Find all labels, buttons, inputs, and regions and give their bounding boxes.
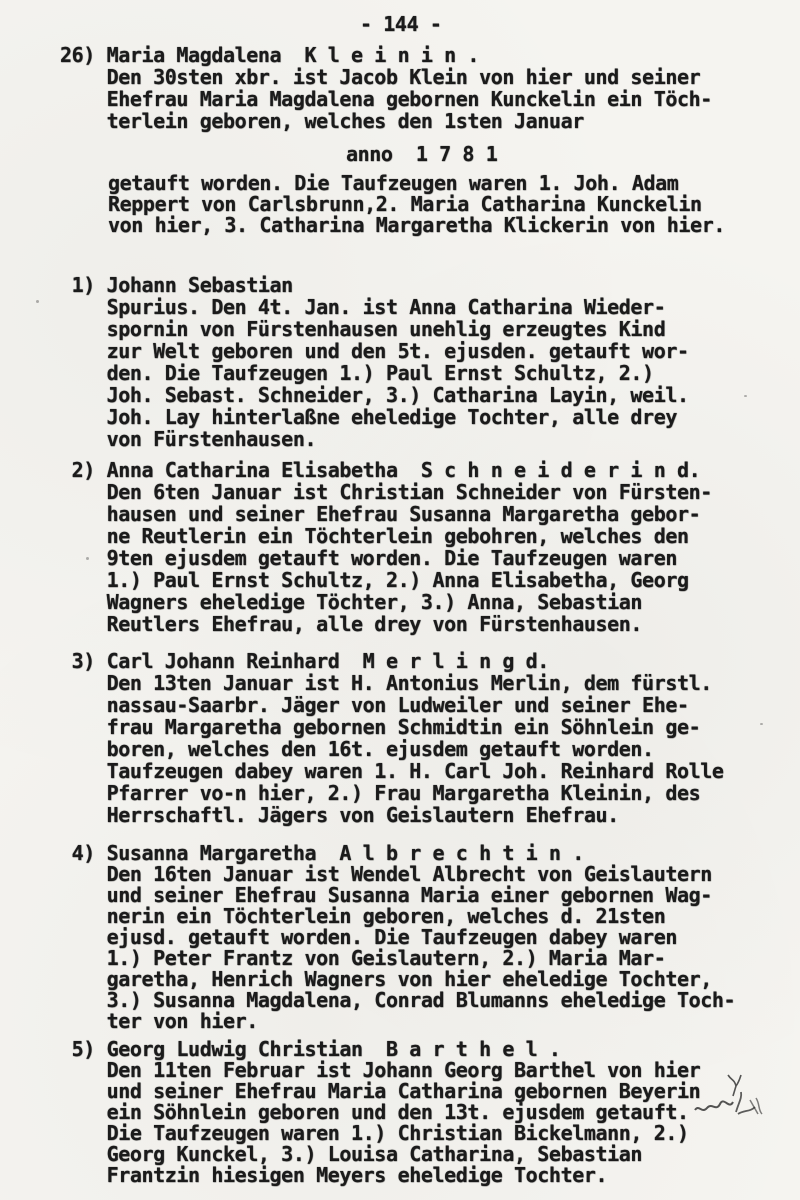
entry-5: 5) Georg Ludwig Christian B a r t h e l … — [60, 1039, 700, 1186]
entry-26: 26) Maria Magdalena K l e i n i n . Den … — [60, 44, 712, 132]
scan-speckle — [36, 300, 39, 303]
entry-26-continuation: getauft worden. Die Taufzeugen waren 1. … — [108, 173, 725, 236]
scan-speckle — [128, 912, 130, 915]
entry-2: 2) Anna Catharina Elisabetha S c h n e i… — [60, 459, 712, 635]
scanned-register-page: - 144 - 26) Maria Magdalena K l e i n i … — [0, 0, 800, 1200]
handwritten-tick-icon — [724, 1072, 744, 1104]
entry-1: 1) Johann Sebastian Spurius. Den 4t. Jan… — [60, 274, 689, 450]
scan-speckle — [744, 395, 747, 397]
scan-speckle — [652, 1000, 655, 1002]
scan-speckle — [86, 557, 89, 560]
anno-1781-heading: anno 1 7 8 1 — [346, 143, 497, 165]
scan-speckle — [760, 723, 763, 725]
page-number: - 144 - — [360, 13, 442, 35]
entry-4: 4) Susanna Margaretha A l b r e c h t i … — [60, 843, 735, 1032]
entry-3: 3) Carl Johann Reinhard M e r l i n g d.… — [60, 650, 724, 826]
